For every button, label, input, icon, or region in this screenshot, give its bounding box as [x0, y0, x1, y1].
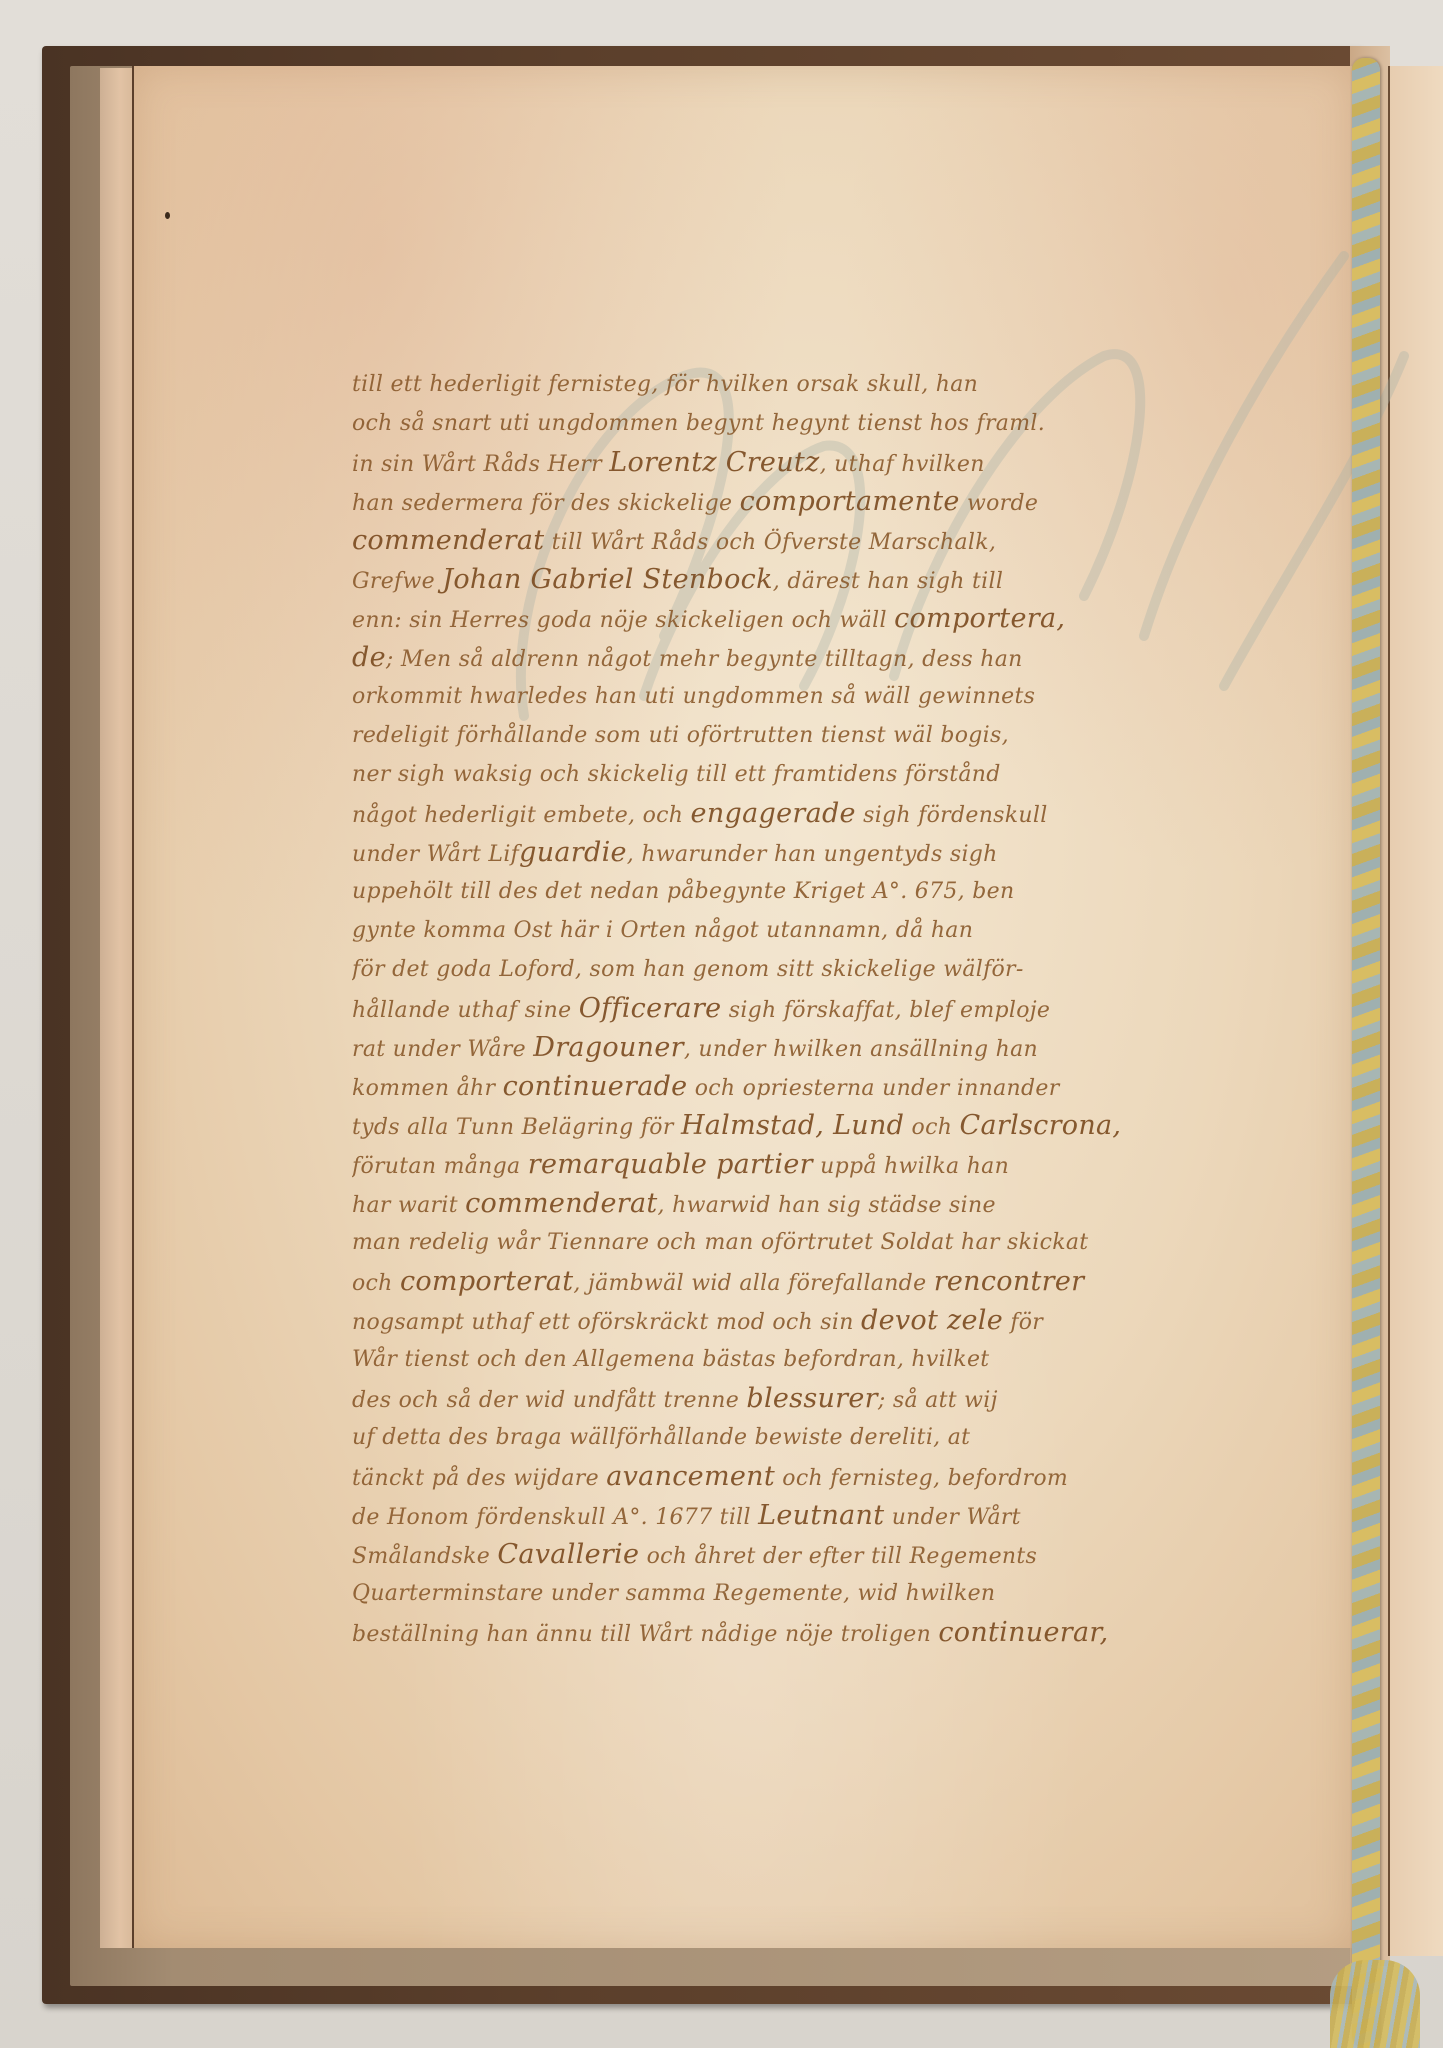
text-line: des och så der wid undfått trenne blessu… [352, 1379, 1312, 1418]
text-line: redeligit förhållande som uti oförtrutte… [352, 716, 1312, 755]
text-line: och så snart uti ungdommen begynt hegynt… [352, 404, 1312, 443]
text-line: tänckt på des wijdare avancement och fer… [352, 1457, 1312, 1496]
text-line: ner sigh waksig och skickelig till ett f… [352, 755, 1312, 794]
text-line: för det goda Loford, som han genom sitt … [352, 950, 1312, 989]
text-line: beställning han ännu till Wårt nådige nö… [352, 1613, 1312, 1652]
cord-tassel [1330, 1960, 1420, 2048]
text-line: gynte komma Ost här i Orten något utanna… [352, 911, 1312, 950]
text-line: han sedermera för des skickelige comport… [352, 482, 1312, 521]
text-line: in sin Wårt Råds Herr Lorentz Creutz, ut… [352, 443, 1312, 482]
text-line: har warit commenderat, hwarwid han sig s… [352, 1184, 1312, 1223]
text-line: hållande uthaf sine Officerare sigh förs… [352, 989, 1312, 1028]
braided-cord [1352, 58, 1380, 2048]
handwritten-text: till ett hederligit fernisteg, för hvilk… [352, 365, 1312, 1652]
text-line: commenderat till Wårt Råds och Öfverste … [352, 521, 1312, 560]
text-line: enn: sin Herres goda nöje skickeligen oc… [352, 599, 1312, 638]
text-line: Wår tienst och den Allgemena bästas befo… [352, 1340, 1312, 1379]
text-line: nogsampt uthaf ett oförskräckt mod och s… [352, 1301, 1312, 1340]
text-line: man redelig wår Tiennare och man oförtru… [352, 1223, 1312, 1262]
text-line: Smålandske Cavallerie och åhret der efte… [352, 1535, 1312, 1574]
text-line: Quarterminstare under samma Regemente, w… [352, 1574, 1312, 1613]
text-line: rat under Wåre Dragouner, under hwilken … [352, 1028, 1312, 1067]
text-line: till ett hederligit fernisteg, för hvilk… [352, 365, 1312, 404]
ink-speck [165, 212, 170, 219]
text-line: kommen åhr continuerade och opriesterna … [352, 1067, 1312, 1106]
text-line: tyds alla Tunn Belägring för Halmstad, L… [352, 1106, 1312, 1145]
text-line: de; Men så aldrenn något mehr begynte ti… [352, 638, 1312, 677]
text-line: under Wårt Lifguardie, hwarunder han ung… [352, 833, 1312, 872]
text-line: något hederligit embete, och engagerade … [352, 794, 1312, 833]
text-line: de Honom fördenskull A°. 1677 till Leutn… [352, 1496, 1312, 1535]
text-line: Grefwe Johan Gabriel Stenbock, därest ha… [352, 560, 1312, 599]
text-line: och comporterat, jämbwäl wid alla förefa… [352, 1262, 1312, 1301]
text-line: uppehölt till des det nedan påbegynte Kr… [352, 872, 1312, 911]
text-line: orkommit hwarledes han uti ungdommen så … [352, 677, 1312, 716]
text-line: förutan många remarquable partier uppå h… [352, 1145, 1312, 1184]
text-line: uf detta des braga wällförhållande bewis… [352, 1418, 1312, 1457]
